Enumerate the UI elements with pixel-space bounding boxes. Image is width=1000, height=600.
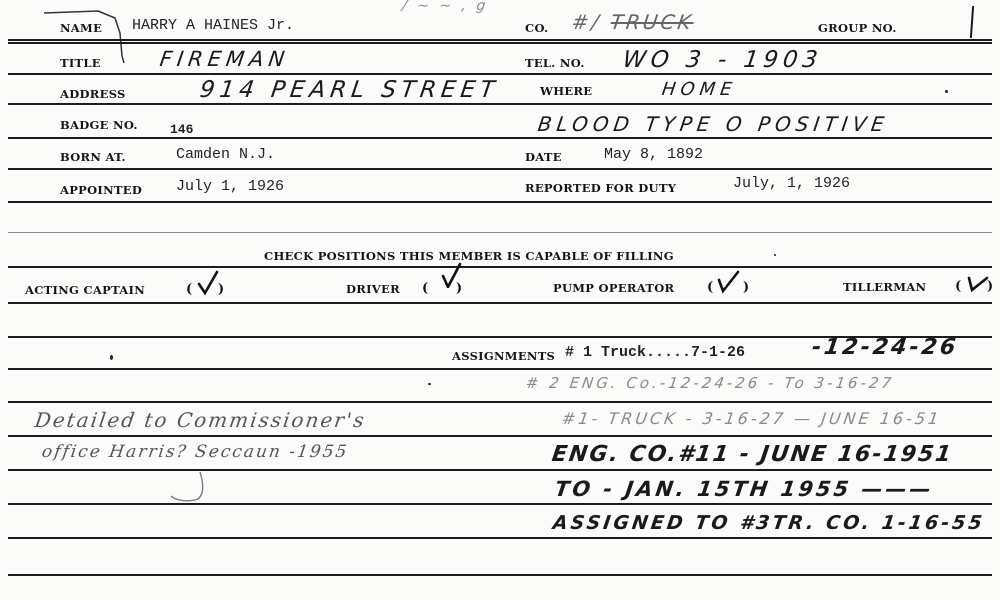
- tel-no-value: WO 3 - 1903: [621, 47, 824, 73]
- assignment-2-handwritten: # 2 ENG. Co.-12-24-26 - To 3-16-27: [525, 374, 896, 392]
- rule: [8, 503, 992, 505]
- name-value: HARRY A HAINES Jr.: [132, 17, 294, 34]
- appointed-label: APPOINTED: [60, 183, 142, 197]
- assignments-label: ASSIGNMENTS: [452, 349, 555, 363]
- assignment-1-typed: # 1 Truck.....7-1-26: [565, 344, 745, 361]
- date-label: DATE: [525, 150, 562, 164]
- address-value: 914 PEARL STREET: [198, 77, 501, 103]
- rule: [8, 574, 992, 576]
- rule: [8, 103, 992, 105]
- group-no-label: GROUP NO.: [818, 21, 897, 35]
- rule: [8, 201, 992, 203]
- position-acting-captain-label: ACTING CAPTAIN: [25, 283, 145, 297]
- appointed-value: July 1, 1926: [176, 178, 284, 195]
- date-value: May 8, 1892: [604, 146, 703, 163]
- rule: [8, 232, 992, 233]
- stray-mark: [774, 254, 776, 256]
- title-label: TITLE: [60, 56, 101, 70]
- rule: [8, 469, 992, 471]
- reported-for-duty-label: REPORTED FOR DUTY: [525, 181, 676, 195]
- paren-close: ): [456, 281, 462, 296]
- paren-open: (: [422, 281, 428, 296]
- rule: [8, 168, 992, 170]
- reported-for-duty-value: July, 1, 1926: [733, 175, 850, 192]
- blood-type-value: BLOOD TYPE O POSITIVE: [536, 112, 890, 136]
- pump-operator-checkmark-icon[interactable]: [716, 268, 740, 294]
- rule: [8, 302, 992, 304]
- where-label: WHERE: [540, 84, 592, 98]
- paren-close: ): [743, 280, 749, 295]
- position-driver-label: DRIVER: [346, 282, 400, 296]
- rule: [8, 435, 992, 437]
- born-at-value: Camden N.J.: [176, 146, 275, 163]
- badge-no-value: 146: [170, 122, 193, 137]
- rule: [8, 39, 992, 41]
- stray-mark: [110, 355, 113, 360]
- scribble-mark: [165, 470, 245, 504]
- acting-captain-checkmark-icon[interactable]: [196, 270, 220, 296]
- paren-close: ): [987, 279, 993, 294]
- detailed-note-line-2: office Harris? Seccaun -1955: [41, 442, 350, 462]
- assignment-3-handwritten: #1- TRUCK - 3-16-27 — JUNE 16-51: [561, 409, 943, 428]
- rule: [8, 401, 992, 403]
- title-value: FIREMAN: [158, 47, 291, 71]
- stray-mark: [428, 383, 431, 385]
- name-label: NAME: [60, 21, 102, 35]
- rule: [8, 137, 992, 139]
- faint-top-note: / ~ ~ , g: [401, 0, 490, 14]
- company-value: #/ TRUCK: [570, 10, 695, 34]
- paren-open: (: [955, 279, 961, 294]
- position-pump-operator-label: PUMP OPERATOR: [553, 281, 674, 295]
- badge-no-label: BADGE NO.: [60, 118, 138, 132]
- rule: [8, 266, 992, 268]
- paren-open: (: [186, 282, 192, 297]
- assignment-4-handwritten: ENG. CO.#11 - JUNE 16-1951: [550, 442, 954, 467]
- position-tillerman-label: TILLERMAN: [843, 280, 926, 294]
- born-at-label: BORN AT.: [60, 150, 126, 164]
- rule: [8, 73, 992, 75]
- detailed-note-line-1: Detailed to Commissioner's: [33, 408, 367, 432]
- positions-heading: CHECK POSITIONS THIS MEMBER IS CAPABLE O…: [264, 249, 674, 263]
- rule: [8, 368, 992, 370]
- paren-close: ): [218, 282, 224, 297]
- company-label: CO.: [525, 21, 548, 35]
- assignment-1-handwritten: -12-24-26: [810, 335, 960, 360]
- assignment-5-handwritten: TO - JAN. 15TH 1955 ———: [553, 477, 935, 501]
- rule: [8, 537, 992, 539]
- stray-mark: [945, 90, 948, 93]
- tel-no-label: TEL. NO.: [525, 56, 585, 70]
- where-value: HOME: [661, 79, 739, 100]
- group-no-value: [970, 6, 974, 38]
- paren-open: (: [707, 280, 713, 295]
- address-label: ADDRESS: [60, 87, 126, 101]
- assignment-6-handwritten: ASSIGNED TO #3TR. CO. 1-16-55: [551, 512, 986, 534]
